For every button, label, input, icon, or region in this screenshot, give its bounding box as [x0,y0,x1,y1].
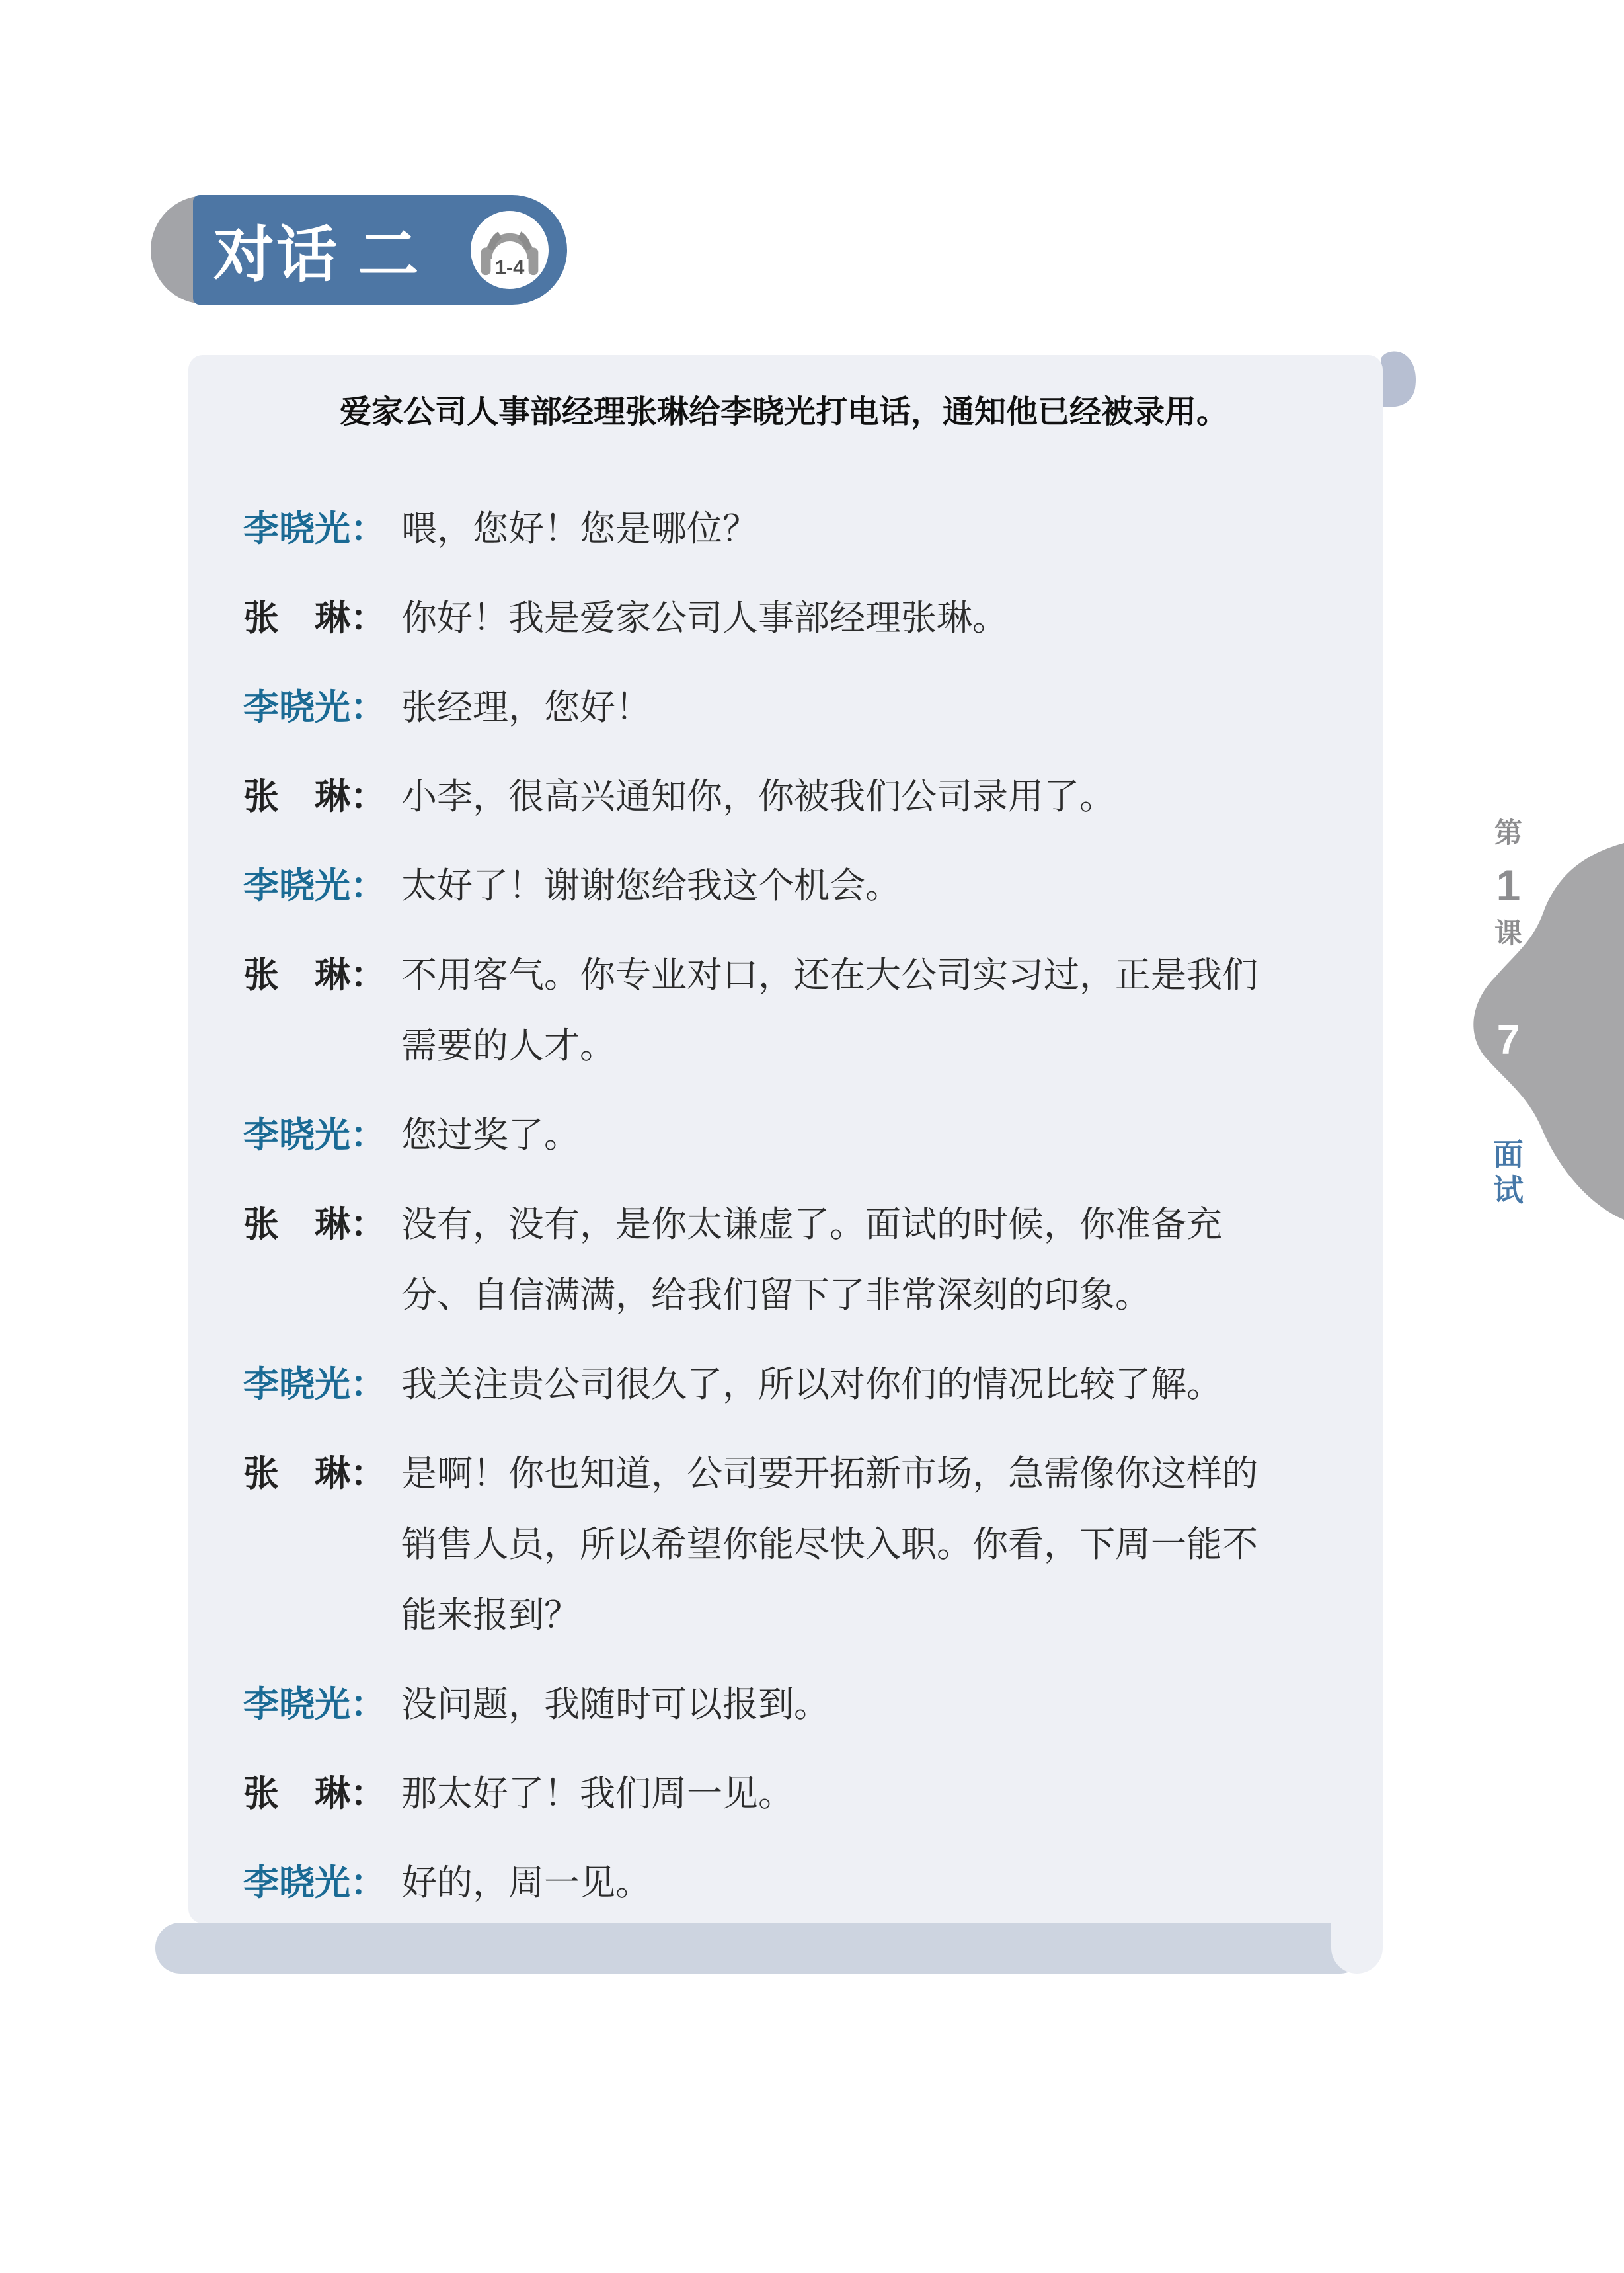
speech-text: 张经理，您好！ [386,672,651,743]
speech-text: 您过奖了。 [386,1100,580,1171]
paper-curl-top-icon [1378,350,1420,408]
dialogue-entry: 张 琳： 那太好了！我们周一见。 [243,1759,1325,1829]
speech-text: 不用客气。你专业对口，还在大公司实习过，正是我们 需要的人才。 [386,940,1258,1082]
speech-line: 是啊！你也知道，公司要开拓新市场，急需像你这样的 [401,1439,1258,1509]
speech-text: 没问题，我随时可以报到。 [386,1669,830,1740]
speaker-name: 张 琳： [243,940,386,1082]
dialogue-entry: 张 琳： 小李，很高兴通知你，你被我们公司录用了。 [243,762,1325,832]
speaker-name: 李晓光： [243,1848,386,1919]
speech-text: 太好了！谢谢您给我这个机会。 [386,851,901,922]
dialogue-panel: 爱家公司人事部经理张琳给李晓光打电话，通知他已经被录用。 李晓光： 喂，您好！您… [188,355,1383,1923]
dialogue-intro: 爱家公司人事部经理张琳给李晓光打电话，通知他已经被录用。 [243,392,1325,433]
speaker-name: 张 琳： [243,1439,386,1651]
dialogue-entry: 张 琳： 是啊！你也知道，公司要开拓新市场，急需像你这样的 销售人员，所以希望你… [243,1439,1325,1651]
speech-line: 销售人员，所以希望你能尽快入职。你看，下周一能不 [401,1509,1258,1580]
audio-track-number: 1-4 [471,211,549,289]
speech-line: 我关注贵公司很久了，所以对你们的情况比较了解。 [401,1349,1222,1420]
speech-line: 太好了！谢谢您给我这个机会。 [401,851,901,922]
dialogue-entry: 李晓光： 喂，您好！您是哪位？ [243,494,1325,565]
scroll-curl-right [1331,1825,1383,1974]
speaker-name: 张 琳： [243,762,386,832]
scroll-roll-bar [155,1923,1365,1974]
dialogue-entry: 张 琳： 不用客气。你专业对口，还在大公司实习过，正是我们 需要的人才。 [243,940,1325,1082]
speech-text: 你好！我是爱家公司人事部经理张琳。 [386,583,1008,654]
dialogue-entry: 李晓光： 您过奖了。 [243,1100,1325,1171]
speech-text: 那太好了！我们周一见。 [386,1759,794,1829]
dialogue-entry: 李晓光： 没问题，我随时可以报到。 [243,1669,1325,1740]
speaker-name: 李晓光： [243,851,386,922]
speech-line: 需要的人才。 [401,1011,1258,1082]
speech-line: 您过奖了。 [401,1100,580,1171]
textbook-page: 对话 二 1-4 爱家公司人事部经理张琳给李晓光打电话，通知他已经被录用。 李晓… [0,0,1624,2273]
dialogue-entry: 李晓光： 张经理，您好！ [243,672,1325,743]
speech-line: 小李，很高兴通知你，你被我们公司录用了。 [401,762,1115,832]
speech-line: 那太好了！我们周一见。 [401,1759,794,1829]
speaker-name: 李晓光： [243,672,386,743]
speech-text: 我关注贵公司很久了，所以对你们的情况比较了解。 [386,1349,1222,1420]
dialogue-header-title: 对话 二 [213,195,421,305]
speech-line: 没问题，我随时可以报到。 [401,1669,830,1740]
audio-track-button: 1-4 [471,211,549,289]
lesson-title: 面 试 [1489,1138,1528,1206]
speech-text: 好的，周一见。 [386,1848,651,1919]
speech-text: 喂，您好！您是哪位？ [386,494,758,565]
speech-line: 不用客气。你专业对口，还在大公司实习过，正是我们 [401,940,1258,1011]
speaker-name: 李晓光： [243,494,386,565]
speech-line: 张经理，您好！ [401,672,651,743]
dialogue-entry: 李晓光： 太好了！谢谢您给我这个机会。 [243,851,1325,922]
speaker-name: 李晓光： [243,1100,386,1171]
speech-text: 没有，没有，是你太谦虚了。面试的时候，你准备充 分、自信满满，给我们留下了非常深… [386,1189,1222,1331]
speech-text: 是啊！你也知道，公司要开拓新市场，急需像你这样的 销售人员，所以希望你能尽快入职… [386,1439,1258,1651]
lesson-title-char: 试 [1493,1174,1524,1206]
speech-line: 能来报到？ [401,1580,1258,1651]
speech-line: 好的，周一见。 [401,1848,651,1919]
dialogue-entry: 李晓光： 好的，周一见。 [243,1848,1325,1919]
speaker-name: 李晓光： [243,1349,386,1420]
dialogue-entry: 张 琳： 没有，没有，是你太谦虚了。面试的时候，你准备充 分、自信满满，给我们留… [243,1189,1325,1331]
speech-line: 没有，没有，是你太谦虚了。面试的时候，你准备充 [401,1189,1222,1260]
speech-line: 分、自信满满，给我们留下了非常深刻的印象。 [401,1260,1222,1331]
speech-line: 喂，您好！您是哪位？ [401,494,758,565]
page-number: 7 [1485,1017,1532,1064]
dialogue-entry: 张 琳： 你好！我是爱家公司人事部经理张琳。 [243,583,1325,654]
lesson-title-char: 面 [1493,1138,1524,1170]
speech-line: 你好！我是爱家公司人事部经理张琳。 [401,583,1008,654]
dialogue-entry: 李晓光： 我关注贵公司很久了，所以对你们的情况比较了解。 [243,1349,1325,1420]
speaker-name: 张 琳： [243,1189,386,1331]
speaker-name: 张 琳： [243,1759,386,1829]
speaker-name: 张 琳： [243,583,386,654]
speech-text: 小李，很高兴通知你，你被我们公司录用了。 [386,762,1115,832]
speaker-name: 李晓光： [243,1669,386,1740]
